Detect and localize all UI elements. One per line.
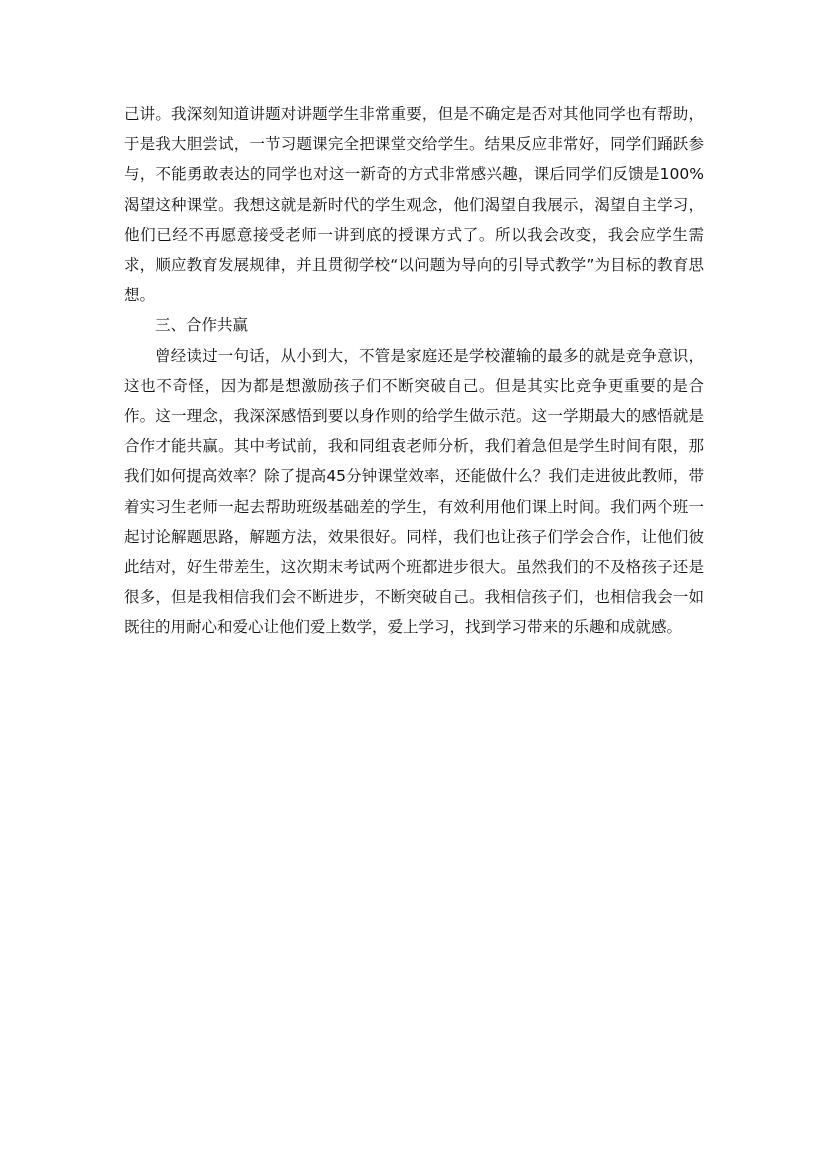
document-page: 己讲。我深刻知道讲题对讲题学生非常重要，但是不确定是否对其他同学也有帮助，于是我… <box>124 99 704 643</box>
paragraph-cooperation: 曾经读过一句话，从小到大，不管是家庭还是学校灌输的最多的就是竞争意识，这也不奇怪… <box>124 341 704 643</box>
paragraph-continuation: 己讲。我深刻知道讲题对讲题学生非常重要，但是不确定是否对其他同学也有帮助，于是我… <box>124 99 704 310</box>
section-heading: 三、合作共赢 <box>124 310 704 340</box>
